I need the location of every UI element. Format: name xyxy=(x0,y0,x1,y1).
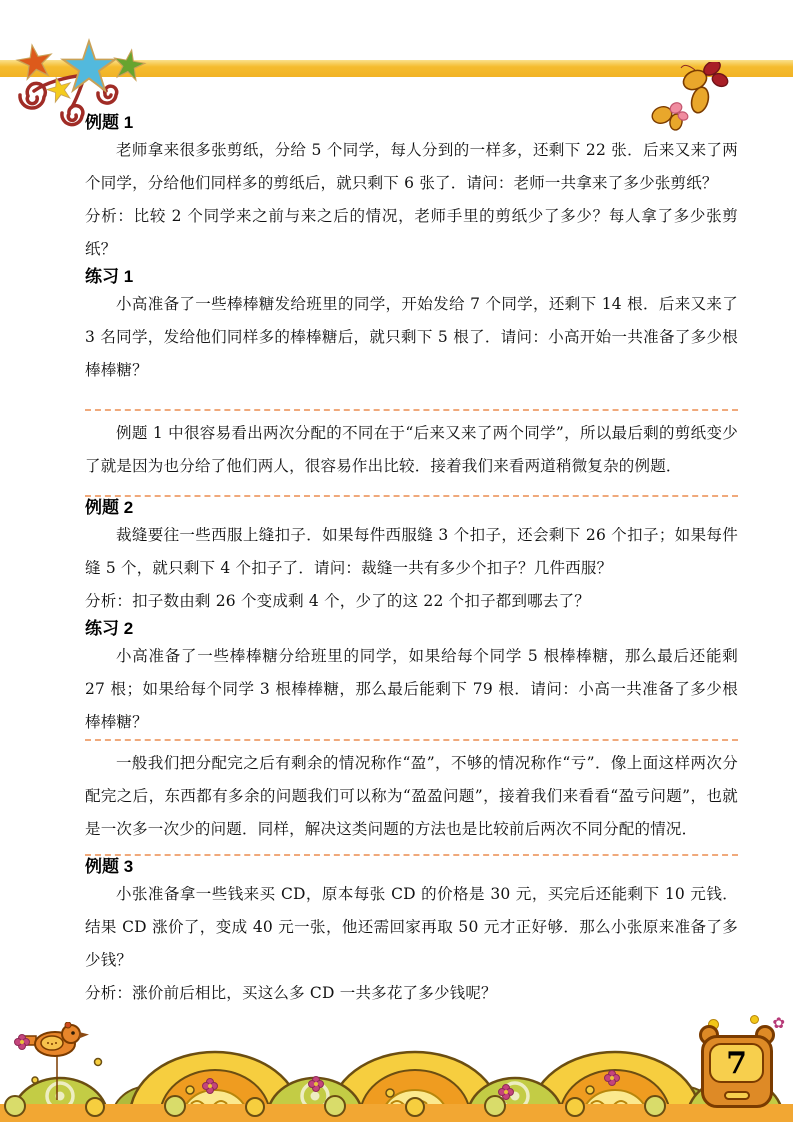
note-box-2: 一般我们把分配完之后有剩余的情况称作“盈”，不够的情况称作“亏”．像上面这样两次… xyxy=(85,739,738,856)
yellow-dot-icon xyxy=(750,1015,759,1024)
example-3-analysis: 分析：涨价前后相比，买这么多 CD 一共多花了多少钱呢？ xyxy=(85,977,738,1010)
practice-2-heading: 练习 2 xyxy=(85,618,738,640)
example-3-body: 小张准备拿一些钱来买 CD，原本每张 CD 的价格是 30 元，买完后还能剩下 … xyxy=(85,878,738,977)
bear-page-number-badge: 7 xyxy=(697,1032,777,1110)
example-2-body: 裁缝要往一些西服上缝扣子．如果每件西服缝 3 个扣子，还会剩下 26 个扣子；如… xyxy=(85,519,738,585)
page-number: 7 xyxy=(709,1043,764,1083)
flower-icon: ✿ xyxy=(772,1014,785,1032)
section-example-2: 例题 2 裁缝要往一些西服上缝扣子．如果每件西服缝 3 个扣子，还会剩下 26 … xyxy=(85,497,738,618)
example-1-heading: 例题 1 xyxy=(85,112,738,134)
example-3-heading: 例题 3 xyxy=(85,856,738,878)
example-1-body: 老师拿来很多张剪纸，分给 5 个同学，每人分到的一样多，还剩下 22 张．后来又… xyxy=(85,134,738,200)
note-box-1: 例题 1 中很容易看出两次分配的不同在于“后来又来了两个同学”，所以最后剩的剪纸… xyxy=(85,409,738,497)
footer-wave-art xyxy=(0,1022,793,1122)
footer-orange-band xyxy=(0,1104,793,1122)
example-2-heading: 例题 2 xyxy=(85,497,738,519)
red-yellow-butterfly-icon xyxy=(680,62,729,115)
note-2-text: 一般我们把分配完之后有剩余的情况称作“盈”，不够的情况称作“亏”．像上面这样两次… xyxy=(85,747,738,846)
page-content: 例题 1 老师拿来很多张剪纸，分给 5 个同学，每人分到的一样多，还剩下 22 … xyxy=(85,112,738,1010)
practice-1-body: 小高准备了一些棒棒糖发给班里的同学，开始发给 7 个同学，还剩下 14 根．后来… xyxy=(85,288,738,387)
section-practice-2: 练习 2 小高准备了一些棒棒糖分给班里的同学，如果给每个同学 5 根棒棒糖，那么… xyxy=(85,618,738,739)
section-example-1: 例题 1 老师拿来很多张剪纸，分给 5 个同学，每人分到的一样多，还剩下 22 … xyxy=(85,112,738,266)
practice-1-heading: 练习 1 xyxy=(85,266,738,288)
section-example-3: 例题 3 小张准备拿一些钱来买 CD，原本每张 CD 的价格是 30 元，买完后… xyxy=(85,856,738,1010)
example-2-analysis: 分析：扣子数由剩 26 个变成剩 4 个，少了的这 22 个扣子都到哪去了？ xyxy=(85,585,738,618)
example-1-analysis: 分析：比较 2 个同学来之前与来之后的情况，老师手里的剪纸少了多少？每人拿了多少… xyxy=(85,200,738,266)
practice-2-body: 小高准备了一些棒棒糖分给班里的同学，如果给每个同学 5 根棒棒糖，那么最后还能剩… xyxy=(85,640,738,739)
bear-slot xyxy=(724,1091,750,1100)
workbook-page: { "colors": { "top_band": "#F5BC2F", "no… xyxy=(0,0,793,1122)
bear-body: 7 xyxy=(701,1035,773,1108)
section-practice-1: 练习 1 小高准备了一些棒棒糖发给班里的同学，开始发给 7 个同学，还剩下 14… xyxy=(85,266,738,387)
note-1-text: 例题 1 中很容易看出两次分配的不同在于“后来又来了两个同学”，所以最后剩的剪纸… xyxy=(85,417,738,483)
footer-decoration xyxy=(0,1022,793,1122)
